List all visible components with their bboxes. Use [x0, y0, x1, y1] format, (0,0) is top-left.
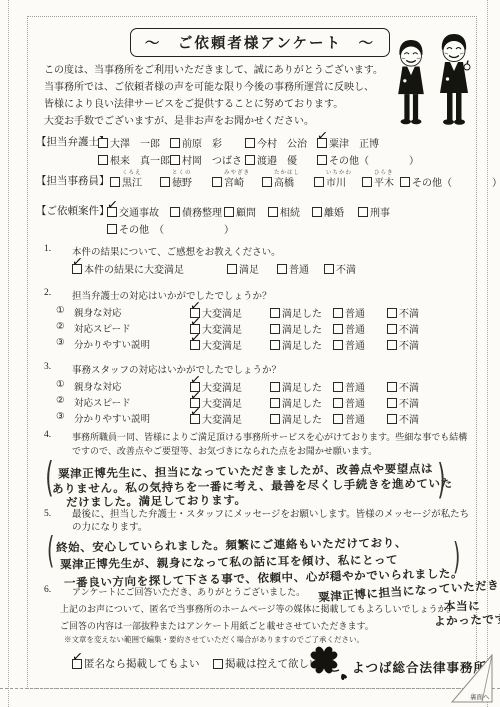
- case-option: 相続: [268, 204, 300, 219]
- checkmark: ✓: [189, 299, 201, 313]
- row-number: ②: [56, 395, 65, 406]
- q4-handwriting-line: だけました。満足しております。: [66, 492, 247, 511]
- rating-option: 不満: [387, 321, 419, 336]
- publish-option-checked: ✓匿名なら掲載してもよい: [72, 656, 200, 671]
- attorney-row-1: 大澤 一郎 前原 彩 今村 公治 ✓粟津 正博: [0, 135, 500, 150]
- rating-option: 普通: [333, 411, 365, 426]
- rating-option: 不満: [387, 395, 419, 410]
- q4-number: 4.: [44, 430, 51, 440]
- staff-option: たかはし高橋: [262, 174, 294, 189]
- q1-text: 本件の結果について、ご感想をお教えください。: [72, 244, 281, 258]
- rating-option: 不満: [387, 411, 419, 426]
- checkbox: [270, 308, 280, 318]
- checkbox: [213, 659, 223, 669]
- two-staff-illustration: [391, 30, 475, 137]
- checkbox: [333, 398, 343, 408]
- checkbox: [262, 177, 272, 187]
- checkbox: [387, 398, 397, 408]
- title-box: ～ ご依頼者様アンケート ～: [130, 28, 390, 57]
- checkmark: ✓: [71, 650, 83, 664]
- checkmark: ✓: [189, 389, 201, 403]
- right-paper-edge-line: [487, 0, 488, 707]
- checkbox: [98, 138, 108, 148]
- q1-option: 満足: [227, 261, 259, 276]
- intro-line: 大変お手数でございますが、是非お声をお聞かせください。: [44, 113, 383, 130]
- checkbox: [400, 177, 410, 187]
- checkbox: [212, 177, 222, 187]
- handwritten-bracket-open: (: [47, 533, 54, 570]
- staff-figure-right: [440, 34, 470, 125]
- q2-row-2: ② 対応スピード ✓大変満足 満足した 普通 不満: [0, 321, 500, 336]
- attorney-row-2: 根来 真一郎 村岡 つばさ 渡邉 優 その他（ ）: [0, 152, 500, 167]
- checkbox: ✓: [107, 207, 117, 217]
- checkbox: [107, 224, 117, 234]
- checkbox: [245, 155, 255, 165]
- checkbox: ✓: [72, 264, 82, 274]
- q5-number: 5.: [44, 509, 51, 519]
- checkbox: [110, 177, 120, 187]
- page-title: ～ ご依頼者様アンケート ～: [145, 32, 375, 53]
- staff-option-other: その他（ ）: [400, 174, 500, 189]
- rating-option: 満足した: [270, 337, 322, 352]
- left-perforation-line: [8, 0, 9, 707]
- rating-option: 不満: [387, 379, 419, 394]
- case-option: 刑事: [358, 204, 390, 219]
- checkbox: ✓: [72, 659, 82, 669]
- q6-number: 6.: [44, 585, 51, 595]
- q1-option: 普通: [277, 261, 309, 276]
- row-label: 分かりやすい説明: [74, 337, 150, 351]
- q1-option: 不満: [324, 261, 356, 276]
- intro-line: この度は、当事務所をご利用いただきまして、誠にありがとうございます。: [44, 62, 383, 79]
- row-number: ③: [56, 411, 65, 422]
- row-label: 対応スピード: [74, 321, 131, 335]
- staff-option: いちかわ市川: [314, 174, 346, 189]
- attorney-option: 大澤 一郎: [98, 135, 160, 150]
- scanned-survey-page: ～ ご依頼者様アンケート ～ この度は、当事務所をご利用いただきまして、誠にあり…: [0, 0, 500, 707]
- furigana: たかはし: [274, 168, 300, 176]
- case-option-other: その他 （ ）: [107, 221, 234, 236]
- checkbox: [170, 138, 180, 148]
- q2-text: 担当弁護士の対応はいかがでしたでしょうか？: [72, 288, 272, 302]
- rating-option: 普通: [333, 379, 365, 394]
- checkbox: [387, 324, 397, 334]
- rating-option: 満足した: [270, 305, 322, 320]
- staff-option: とくの徳野: [160, 174, 192, 189]
- q3-row-2: ② 対応スピード ✓大変満足 満足した 普通 不満: [0, 395, 500, 410]
- rating-option: 普通: [333, 395, 365, 410]
- checkbox: [333, 382, 343, 392]
- staff-option: ひらき平木: [362, 174, 394, 189]
- staff-option: みやざき宮崎: [212, 174, 244, 189]
- checkbox: [317, 155, 327, 165]
- rating-option-checked: ✓大変満足: [190, 337, 242, 352]
- checkbox: [270, 398, 280, 408]
- checkbox: [362, 177, 372, 187]
- row-label: 分かりやすい説明: [74, 411, 150, 425]
- checkbox: [333, 414, 343, 424]
- q3-text: 事務スタッフの対応はいかがでしたでしょうか？: [72, 362, 281, 376]
- checkmark: ✓: [106, 198, 118, 212]
- checkbox: ✓: [190, 414, 200, 424]
- q6-line: 上記のお声について、匿名で当事務所のホームページ等の媒体に掲載してもよろしいでし…: [60, 602, 455, 615]
- checkbox: [387, 382, 397, 392]
- q6-line: ご回答の内容は一部抜粋またはアンケート用紙ごと載せさせていただきます。: [60, 619, 374, 632]
- rating-option: 普通: [333, 337, 365, 352]
- case-option: 債務整理: [170, 204, 222, 219]
- checkbox: [227, 264, 237, 274]
- intro-line: 皆様により良い法律サービスをご提供することに努めております。: [44, 96, 383, 113]
- checkmark: ✓: [189, 405, 201, 419]
- case-row-2: その他 （ ）: [0, 221, 500, 236]
- checkmark: ✓: [189, 331, 201, 345]
- checkbox: ✓: [317, 138, 327, 148]
- checkbox: [333, 308, 343, 318]
- case-row-1: ✓交通事故 債務整理 顧問 相続 離婚 刑事: [0, 204, 500, 219]
- rating-option: 普通: [333, 321, 365, 336]
- row-number: ②: [56, 321, 65, 332]
- furigana: くろえ: [122, 168, 142, 176]
- clover-icon: [306, 641, 350, 683]
- checkbox: [270, 340, 280, 350]
- furigana: とくの: [172, 168, 192, 176]
- rating-option: 不満: [387, 337, 419, 352]
- q3-row-1: ① 親身な対応 ✓大変満足 満足した 普通 不満: [0, 379, 500, 394]
- checkmark: ✓: [71, 255, 83, 269]
- q1-number: 1.: [44, 244, 51, 254]
- attorney-option: 根来 真一郎: [98, 152, 170, 167]
- q5-text: 最後に、担当した弁護士・スタッフにメッセージをお願いします。皆様のメッセージが私…: [72, 509, 474, 535]
- row-label: 親身な対応: [74, 305, 122, 319]
- checkbox: [333, 324, 343, 334]
- q2-row-1: ① 親身な対応 ✓大変満足 満足した 普通 不満: [0, 305, 500, 320]
- staff-figure-left: [398, 40, 424, 124]
- staff-row: くろえ黒江 とくの徳野 みやざき宮崎 たかはし高橋 いちかわ市川 ひらき平木 そ…: [0, 174, 500, 189]
- intro-paragraph: この度は、当事務所をご利用いただきまして、誠にありがとうございます。 当事務所で…: [44, 62, 383, 130]
- furigana: いちかわ: [326, 168, 352, 176]
- furigana: ひらき: [374, 168, 394, 176]
- row-number: ①: [56, 379, 65, 390]
- q2-row-3: ③ 分かりやすい説明 ✓大変満足 満足した 普通 不満: [0, 337, 500, 352]
- furigana: みやざき: [224, 168, 250, 176]
- checkbox: [268, 207, 278, 217]
- checkbox: [324, 264, 334, 274]
- row-label: 対応スピード: [74, 395, 131, 409]
- checkmark: ✓: [189, 373, 201, 387]
- q1-options: ✓本件の結果に大変満足 満足 普通 不満: [0, 261, 500, 276]
- case-option: 顧問: [224, 204, 256, 219]
- staff-option: くろえ黒江: [110, 174, 142, 189]
- attorney-option: 渡邉 優: [245, 152, 297, 167]
- rating-option: 不満: [387, 305, 419, 320]
- case-option: 離婚: [312, 204, 344, 219]
- attorney-option-checked: ✓粟津 正博: [317, 135, 379, 150]
- checkbox: [333, 340, 343, 350]
- q3-row-3: ③ 分かりやすい説明 ✓大変満足 満足した 普通 不満: [0, 411, 500, 426]
- rating-option: 満足した: [270, 379, 322, 394]
- checkbox: [160, 177, 170, 187]
- row-label: 親身な対応: [74, 379, 122, 393]
- checkbox: [270, 382, 280, 392]
- checkbox: [277, 264, 287, 274]
- checkbox: [98, 155, 108, 165]
- checkbox: [224, 207, 234, 217]
- attorney-option: 前原 彩: [170, 135, 222, 150]
- q4-text: 事務所職員一同、皆様によりご満足頂ける事務所サービスを心がけております。些細な事…: [72, 430, 474, 458]
- q2-number: 2.: [44, 288, 51, 298]
- q1-option-checked: ✓本件の結果に大変満足: [72, 261, 184, 276]
- checkbox: [170, 155, 180, 165]
- attorney-option: 村岡 つばさ: [170, 152, 242, 167]
- rating-option: 普通: [333, 305, 365, 320]
- checkbox: [387, 340, 397, 350]
- attorney-option: 今村 公治: [245, 135, 307, 150]
- checkbox: ✓: [190, 340, 200, 350]
- page-fold-corner: 裏面へ: [440, 652, 496, 704]
- row-number: ③: [56, 337, 65, 348]
- q6-line: アンケートにご回答いただき、ありがとうございました。: [72, 585, 305, 598]
- checkmark: ✓: [316, 129, 328, 143]
- rating-option: 満足した: [270, 321, 322, 336]
- checkbox: [170, 207, 180, 217]
- case-option-checked: ✓交通事故: [107, 204, 159, 219]
- intro-line: 当事務所では、ご依頼者様の声を可能な限り今後の事務所運営に反映し、: [44, 79, 383, 96]
- attorney-option-other: その他（ ）: [317, 152, 419, 167]
- q3-number: 3.: [44, 362, 51, 372]
- checkmark: ✓: [189, 315, 201, 329]
- checkbox: [270, 324, 280, 334]
- rating-option-checked: ✓大変満足: [190, 411, 242, 426]
- checkbox: [387, 414, 397, 424]
- publish-option: 掲載は控えて欲しい: [213, 656, 320, 671]
- rating-option: 満足した: [270, 395, 322, 410]
- checkbox: [314, 177, 324, 187]
- checkbox: [387, 308, 397, 318]
- checkbox: [358, 207, 368, 217]
- checkbox: [270, 414, 280, 424]
- bottom-fold-line: [0, 688, 500, 689]
- row-number: ①: [56, 305, 65, 316]
- checkbox: [245, 138, 255, 148]
- fold-label: 裏面へ: [470, 692, 490, 701]
- checkbox: [312, 207, 322, 217]
- rating-option: 満足した: [270, 411, 322, 426]
